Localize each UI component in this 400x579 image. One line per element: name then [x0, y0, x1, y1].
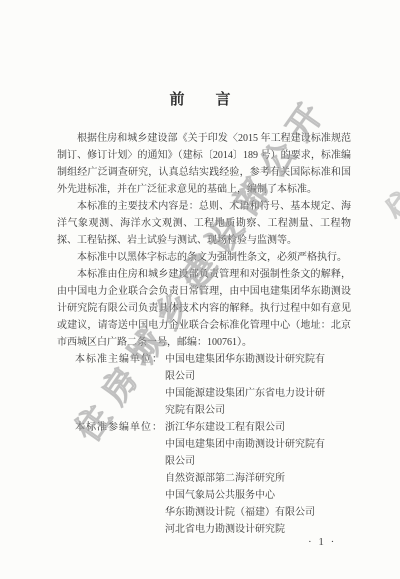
- participating-editor-unit: 河北省电力勘测设计研究院: [165, 521, 330, 538]
- chief-editor-unit: 中国能源建设集团广东省电力设计研究院有限公司: [165, 385, 330, 419]
- participating-editor-unit: 华东勘测设计院（福建）有限公司: [165, 504, 330, 521]
- page-number: · 1 ·: [308, 536, 336, 548]
- body-paragraph-management: 本标准由住房和城乡建设部负责管理和对强制性条文的解释，由中国电力企业联合会负责日…: [57, 266, 351, 351]
- corner-watermark: 住房城乡建设部公开: [372, 0, 400, 231]
- participating-editor-unit: 中国电建集团中南勘测设计研究院有限公司: [165, 436, 330, 470]
- participating-editor-label: 本标准参编单位：: [75, 419, 165, 538]
- chief-editor-label: 本标准主编单位：: [75, 351, 165, 419]
- chief-editor-section: 本标准主编单位： 中国电建集团华东勘测设计研究院有限公司 中国能源建设集团广东省…: [75, 351, 351, 419]
- preface-body: 根据住房和城乡建设部《关于印发〈2015 年工程建设标准规范制订、修订计划〉的通…: [57, 130, 351, 538]
- body-paragraph-mandatory-clauses: 本标准中以黑体字标志的条文为强制性条文，必须严格执行。: [57, 249, 351, 266]
- participating-editor-unit: 中国气象局公共服务中心: [165, 487, 330, 504]
- body-paragraph-contents: 本标准的主要技术内容是：总则、术语和符号、基本规定、海洋气象观测、海洋水文观测、…: [57, 198, 351, 249]
- chief-editor-units: 中国电建集团华东勘测设计研究院有限公司 中国能源建设集团广东省电力设计研究院有限…: [165, 351, 330, 419]
- chief-editor-unit: 中国电建集团华东勘测设计研究院有限公司: [165, 351, 330, 385]
- participating-editor-units: 浙江华东建设工程有限公司 中国电建集团中南勘测设计研究院有限公司 自然资源部第二…: [165, 419, 330, 538]
- participating-editor-unit: 浙江华东建设工程有限公司: [165, 419, 330, 436]
- participating-editor-unit: 自然资源部第二海洋研究所: [165, 470, 330, 487]
- document-page: 住房城乡建设部公开 住房城乡建设部公开 前 言 根据住房和城乡建设部《关于印发〈…: [0, 0, 400, 579]
- participating-editor-section: 本标准参编单位： 浙江华东建设工程有限公司 中国电建集团中南勘测设计研究院有限公…: [75, 419, 351, 538]
- preface-title: 前 言: [0, 88, 400, 109]
- body-paragraph-basis: 根据住房和城乡建设部《关于印发〈2015 年工程建设标准规范制订、修订计划〉的通…: [57, 130, 351, 198]
